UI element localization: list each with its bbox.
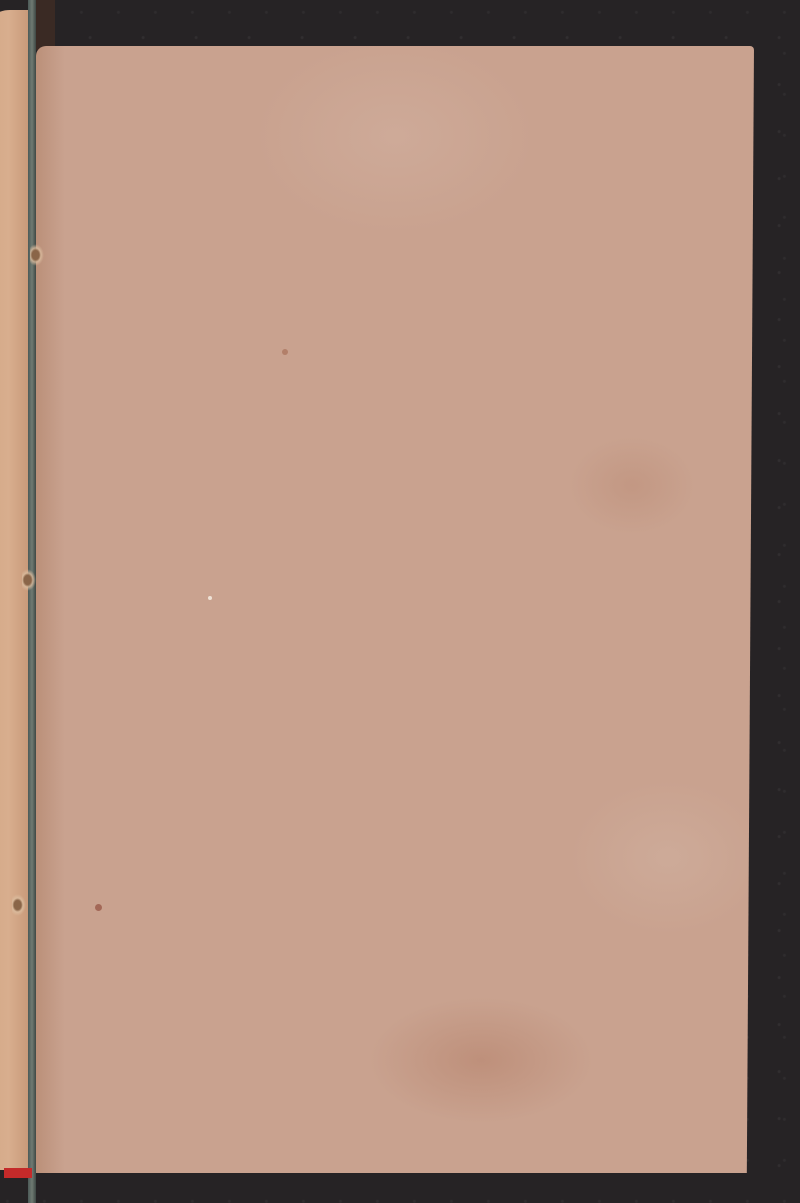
spine-top-shadow [33,0,55,50]
blank-book-page [36,46,754,1173]
stain-spot-2 [95,904,102,911]
light-speck [208,596,212,600]
stitch-hole-1 [30,244,44,266]
stain-spot-1 [282,349,288,355]
red-headband [4,1168,32,1178]
stitch-hole-2 [22,569,36,591]
stitch-hole-3 [12,894,26,916]
book-spine-binding [28,0,36,1203]
